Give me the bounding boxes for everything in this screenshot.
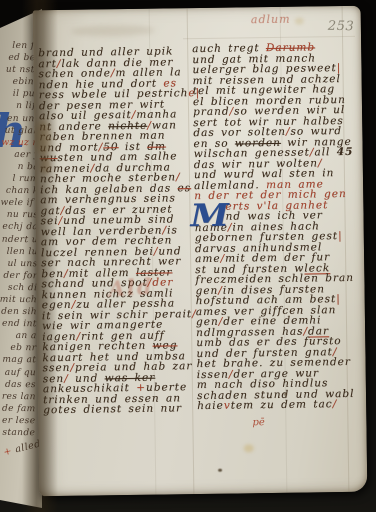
text-line: haievtem zu dem tac∕ bbox=[197, 399, 363, 412]
running-title: adlum bbox=[229, 12, 313, 26]
text-line: wele if u bbox=[0, 197, 38, 210]
marginal-cross-mark: + bbox=[2, 446, 13, 459]
text-line: er lese bbox=[0, 415, 36, 428]
text-line: mag at bbox=[0, 354, 36, 367]
text-line: an a bbox=[0, 330, 37, 343]
left-text-column: brand und aller upikart∕lak dann die mer… bbox=[38, 46, 195, 416]
ink-speck bbox=[218, 469, 222, 472]
text-line: nu rus bbox=[0, 209, 38, 222]
text-line: ndert u bbox=[0, 233, 38, 246]
text-line: das es bbox=[0, 378, 36, 391]
initial-m-letter: M bbox=[190, 198, 229, 235]
ghost-rubric: Ald bbox=[108, 274, 155, 302]
text-line: mit uch bbox=[0, 294, 37, 307]
text-line: de fam bbox=[0, 403, 36, 416]
text-line: der for bbox=[0, 270, 38, 283]
stain bbox=[244, 444, 254, 452]
text-line: res lan bbox=[0, 390, 36, 403]
text-line: ul uns bbox=[0, 257, 38, 270]
photo-backdrop: h len füed bezut nsteebindil pusn liften… bbox=[0, 0, 376, 512]
text-line: aer y bbox=[1, 149, 39, 162]
text-line: sch di bbox=[0, 282, 37, 295]
text-line: gotes dienst sein nur bbox=[43, 403, 195, 416]
text-line: stande bbox=[0, 427, 35, 440]
text-line: eb nr bbox=[0, 342, 37, 355]
text-line: chan k bbox=[1, 185, 39, 198]
text-line: end int bbox=[0, 318, 37, 331]
text-line: echj da bbox=[0, 221, 38, 234]
text-line: auf qu bbox=[0, 366, 36, 379]
manuscript-page: adlum 253 brand und aller upikart∕lak da… bbox=[33, 6, 368, 497]
ink-smudge bbox=[71, 25, 155, 37]
text-line: den sih bbox=[0, 306, 37, 319]
text-line: l rum bbox=[1, 173, 39, 186]
folio-number: 253 bbox=[328, 19, 355, 35]
text-line: llen lu bbox=[0, 245, 38, 258]
ruling-line-horizontal bbox=[183, 36, 355, 39]
text-line: n ba bbox=[1, 161, 39, 174]
rubric-mark: pē bbox=[252, 417, 264, 428]
